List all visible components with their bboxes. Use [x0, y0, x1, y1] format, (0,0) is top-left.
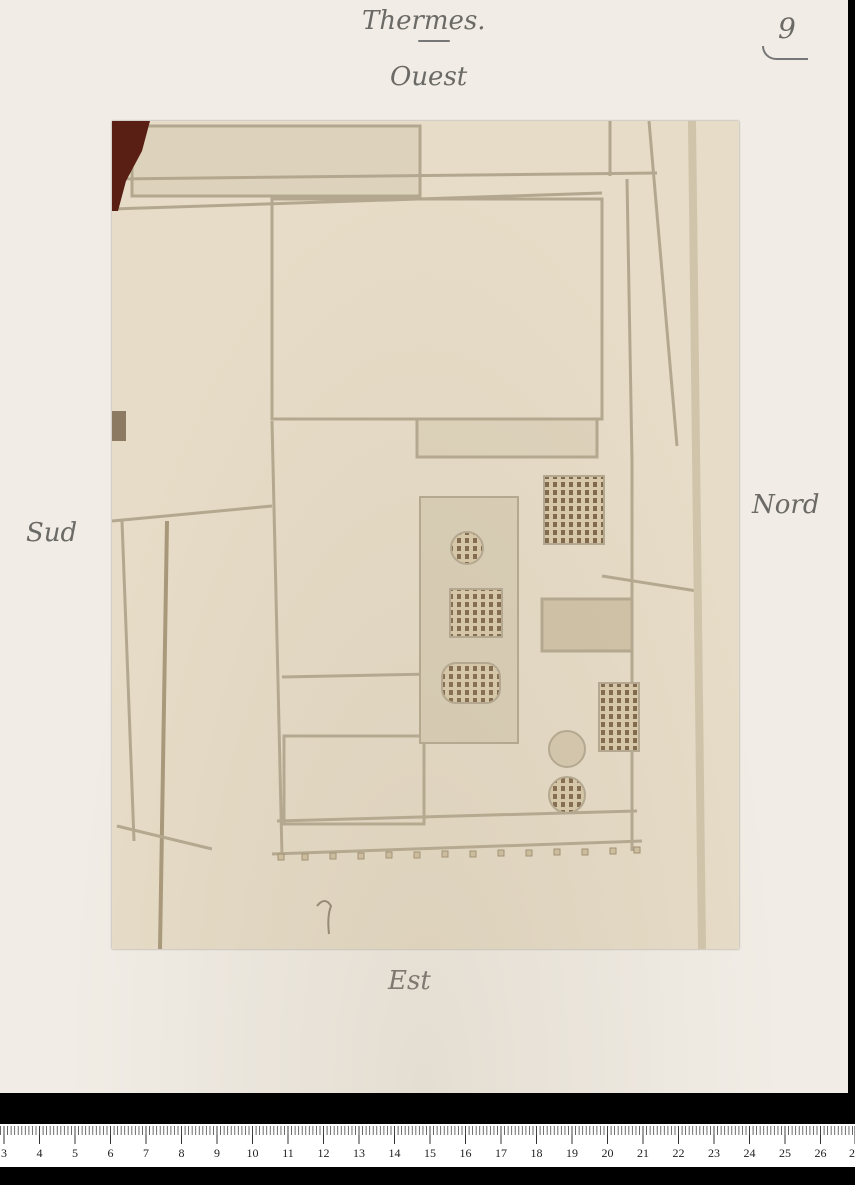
ruler-label: 12: [318, 1146, 330, 1161]
ruler-label: 4: [37, 1146, 43, 1161]
page-number: 9: [778, 12, 796, 45]
measurement-ruler: 3 4 5 6 7 8 9 10 11 12 13 14 15 16 17 18…: [0, 1124, 855, 1167]
title-underline: [418, 40, 450, 42]
floor-plan-drawing: [112, 121, 739, 949]
ruler-label: 11: [282, 1146, 294, 1161]
ruler-label: 18: [531, 1146, 543, 1161]
ruler-label: 16: [460, 1146, 472, 1161]
ruler-label: 21: [637, 1146, 649, 1161]
ruler-label: 3: [1, 1146, 7, 1161]
mount-card: Thermes. Ouest 9 Sud Nord Est: [0, 0, 848, 1093]
ruler-label: 7: [143, 1146, 149, 1161]
orientation-east-label: Est: [388, 966, 431, 996]
orientation-west-label: Ouest: [390, 62, 467, 92]
orientation-south-label: Sud: [26, 518, 77, 548]
ruler-label: 25: [779, 1146, 791, 1161]
ruler-label: 17: [495, 1146, 507, 1161]
page-number-underline: [762, 46, 808, 60]
ruler-label: 13: [353, 1146, 365, 1161]
ruler-label: 14: [389, 1146, 401, 1161]
ruler-label: 22: [673, 1146, 685, 1161]
floor-plan-photograph: [112, 121, 739, 949]
ruler-label: 20: [602, 1146, 614, 1161]
ruler-label: 5: [72, 1146, 78, 1161]
ruler-label: 10: [247, 1146, 259, 1161]
ruler-label: 8: [179, 1146, 185, 1161]
ruler-ticks: [0, 1126, 855, 1146]
ruler-label: 15: [424, 1146, 436, 1161]
ruler-label: 2: [849, 1146, 855, 1161]
ruler-label: 6: [108, 1146, 114, 1161]
ruler-label: 19: [566, 1146, 578, 1161]
title-annotation: Thermes.: [362, 6, 486, 36]
ruler-label: 23: [708, 1146, 720, 1161]
ruler-label: 26: [815, 1146, 827, 1161]
orientation-north-label: Nord: [752, 490, 819, 520]
ruler-label: 24: [744, 1146, 756, 1161]
ruler-label: 9: [214, 1146, 220, 1161]
